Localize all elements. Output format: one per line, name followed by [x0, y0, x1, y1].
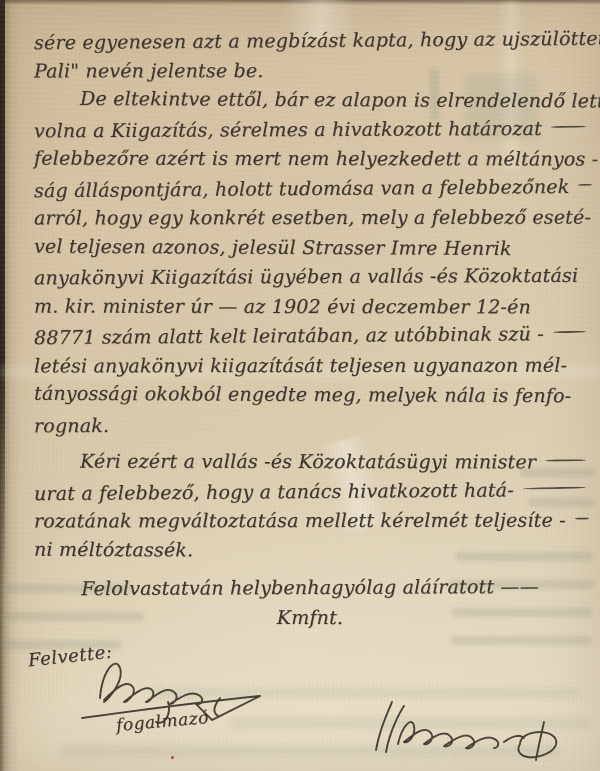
page-top-edge	[0, 0, 600, 5]
right-signature-flourish	[368, 686, 593, 768]
text-line: felebbezőre azért is mert nem helyezkede…	[34, 145, 586, 175]
text-line: rozatának megváltoztatása mellett kérelm…	[34, 507, 586, 537]
text-line: 88771 szám alatt kelt leiratában, az utó…	[34, 320, 586, 354]
text-line: rognak.	[34, 409, 586, 441]
text-line: urat a felebbező, hogy a tanács hivatkoz…	[34, 475, 586, 509]
document-page: sére egyenesen azt a megbízást kapta, ho…	[0, 0, 600, 771]
page-left-edge-shadow	[0, 0, 5, 585]
text-line: Kmfnt.	[34, 603, 586, 633]
text-line: volna a Kiigazítás, sérelmes a hivatkozo…	[34, 114, 586, 146]
text-line: ság álláspontjára, holott tudomása van a…	[34, 172, 586, 206]
text-line: tányossági okokból engedte meg, melyek n…	[34, 380, 586, 412]
text-line: anyakönyvi Kiigazítási ügyében a vallás …	[34, 262, 586, 294]
bleed-through	[450, 636, 592, 645]
text-line: Kéri ezért a vallás -és Közoktatásügyi m…	[34, 448, 586, 478]
text-line: m. kir. minister úr — az 1902 évi deczem…	[34, 292, 586, 322]
text-line: sére egyenesen azt a megbízást kapta, ho…	[34, 25, 586, 59]
text-line: letési anyakönyvi kiigazítását teljesen …	[34, 351, 586, 381]
text-line: ni méltóztassék.	[34, 535, 586, 567]
document-lines: sére egyenesen azt a megbízást kapta, ho…	[34, 27, 586, 633]
text-line: Pali" nevén jelentse be.	[34, 56, 586, 86]
text-line: Felolvastatván helybenhagyólag aláíratot…	[34, 573, 586, 605]
text-line: arról, hogy egy konkrét esetben, mely a …	[34, 204, 586, 234]
ink-speck	[171, 756, 174, 759]
text-line: vel teljesen azonos, jelesül Strasser Im…	[34, 232, 586, 264]
text-line: De eltekintve ettől, bár ez alapon is el…	[34, 85, 586, 117]
